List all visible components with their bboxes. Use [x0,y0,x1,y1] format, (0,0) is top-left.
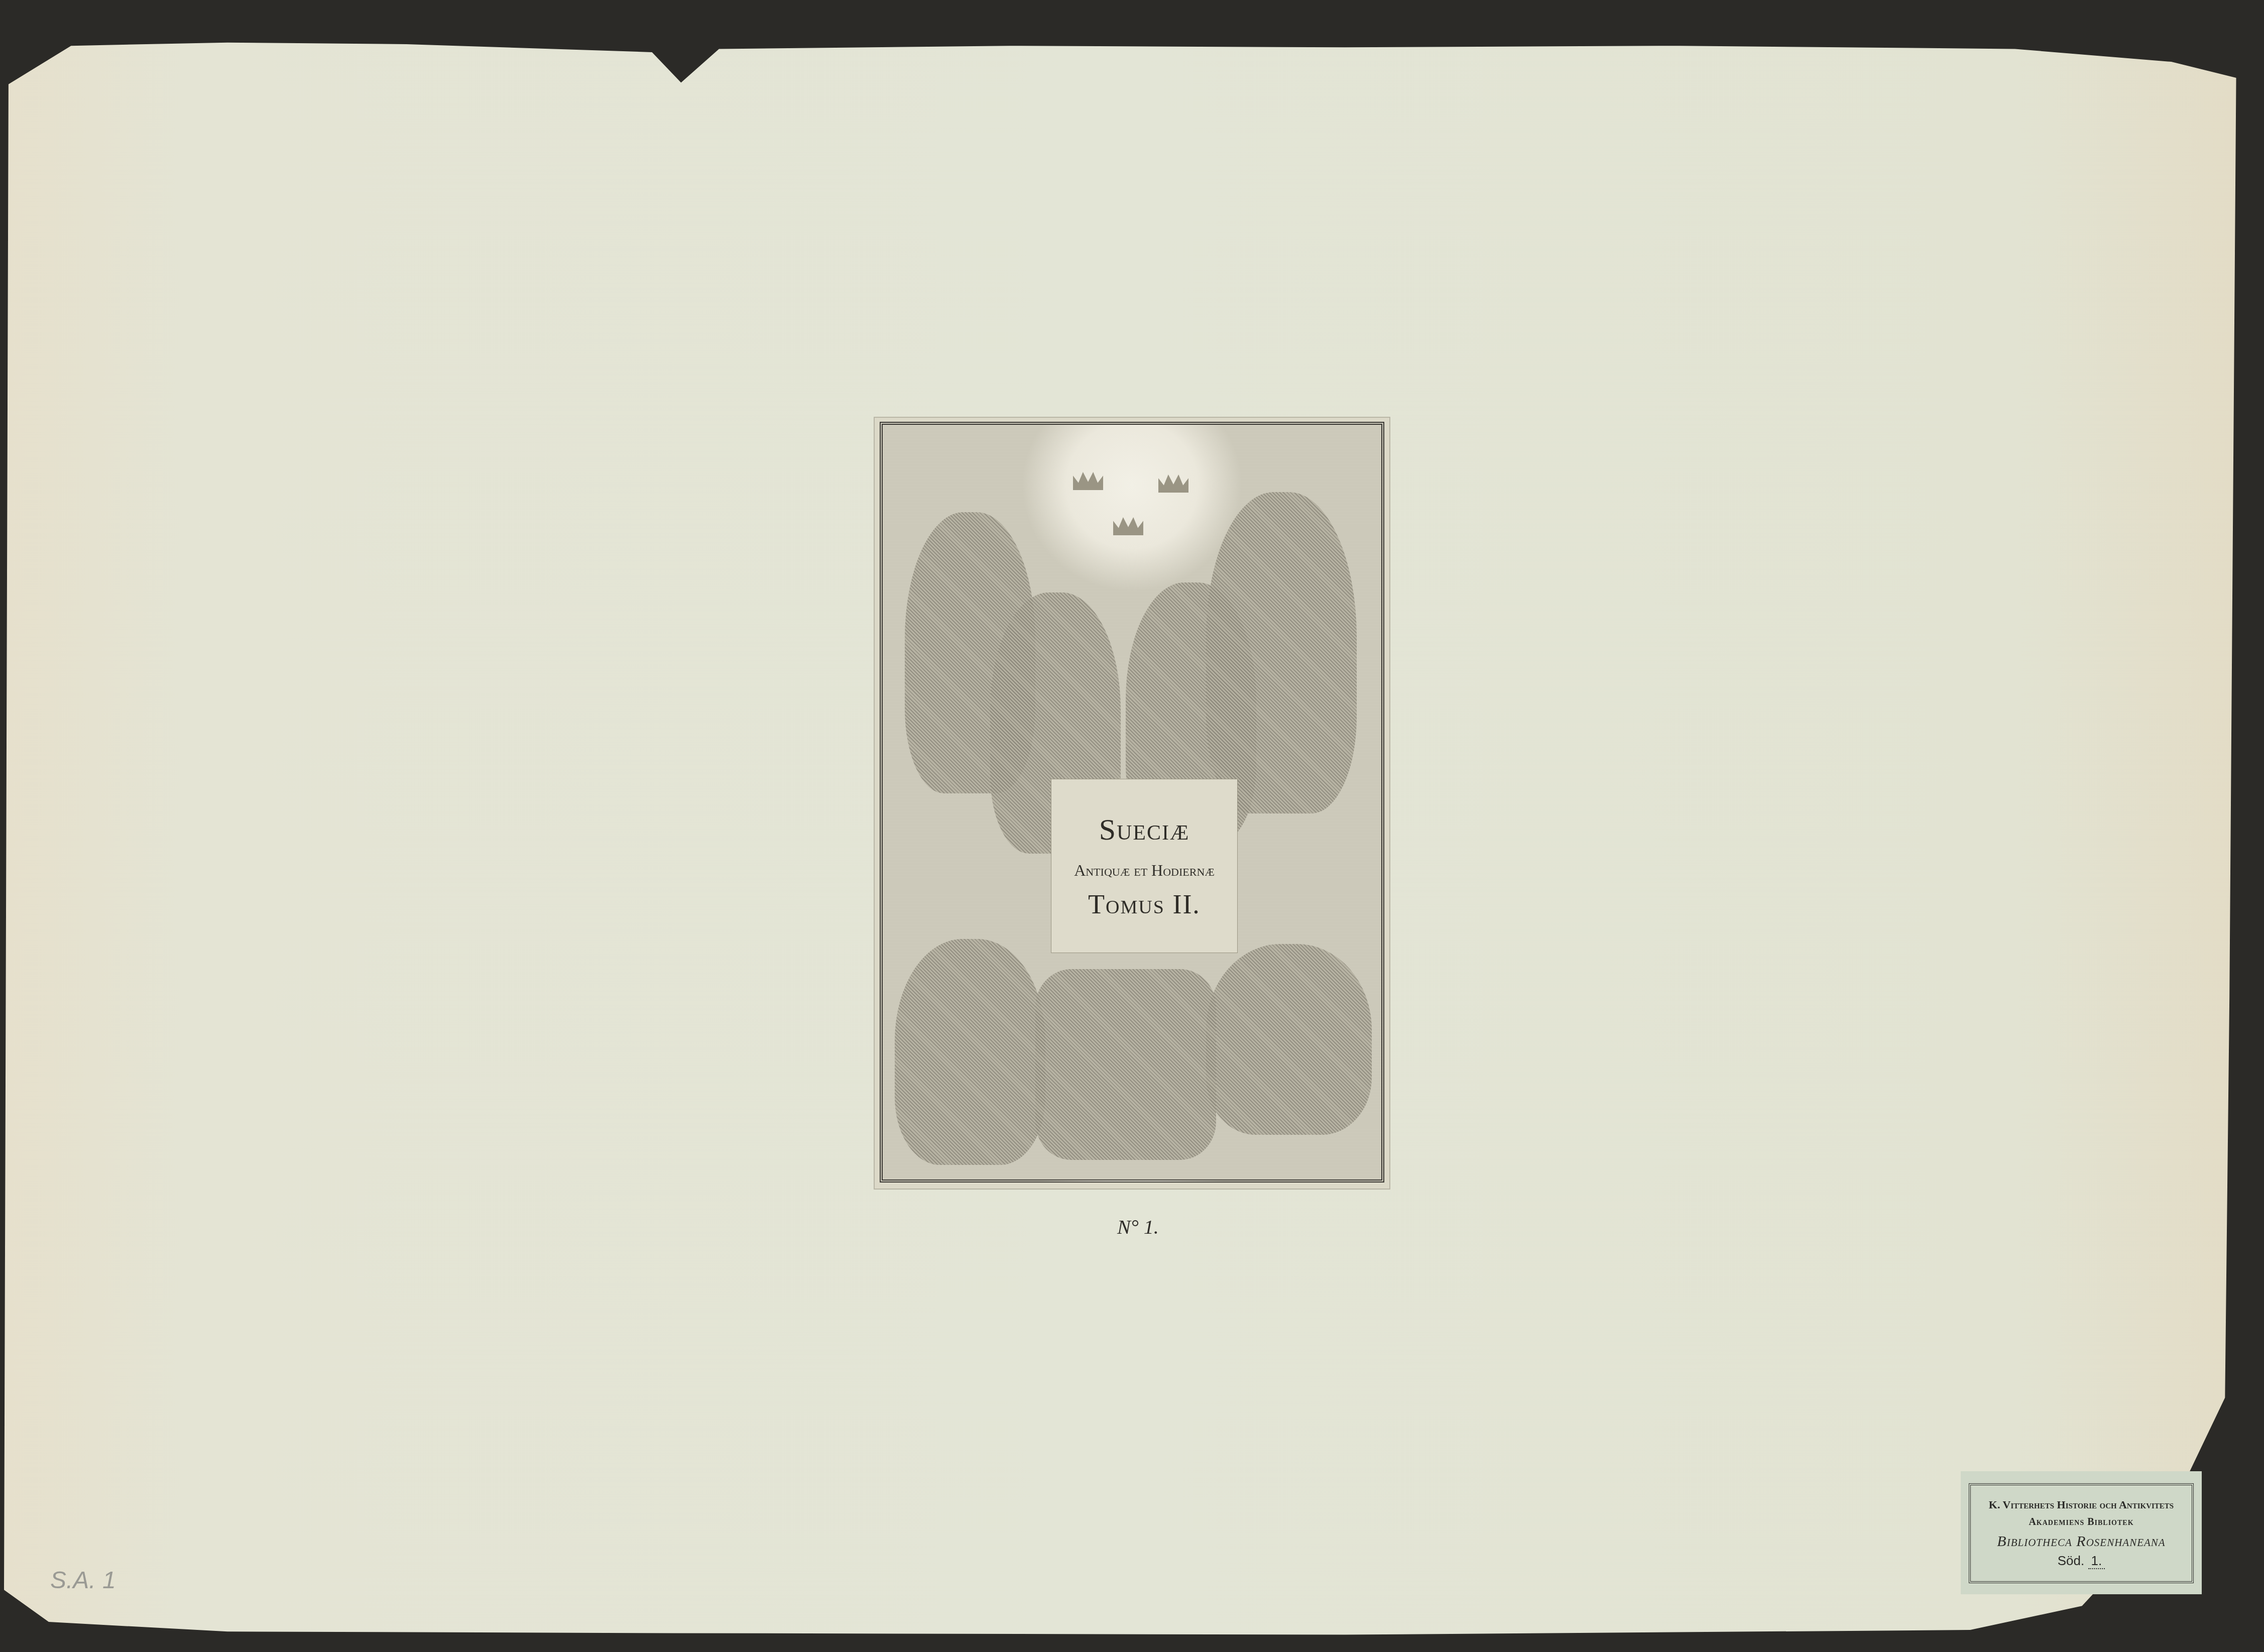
label-line-2: Akademiens Bibliotek [2029,1516,2133,1528]
label-line-3: Bibliotheca Rosenhaneana [1997,1533,2165,1550]
figure-old-man-bottom-left [895,939,1045,1165]
crown-icon [1158,475,1188,493]
crown-icon [1113,517,1143,535]
label-frame: K. Vitterhets Historie och Antikvitets A… [1969,1483,2194,1583]
engraving-border: Sueciæ Antiquæ et Hodiernæ Tomus II. [880,422,1384,1183]
label-line-1: K. Vitterhets Historie och Antikvitets [1989,1498,2174,1511]
title-line-2: Antiquæ et Hodiernæ [1074,861,1215,880]
title-line-3: Tomus II. [1088,889,1201,920]
shelf-number: 1. [2088,1553,2105,1569]
crown-icon [1073,472,1103,490]
engraving-plate: Sueciæ Antiquæ et Hodiernæ Tomus II. [874,417,1390,1190]
plate-number: N° 1. [1117,1215,1159,1239]
title-line-1: Sueciæ [1099,812,1190,847]
figure-reclining-bottom-right [1206,944,1372,1135]
shelf-mark: Söd. 1. [2058,1553,2105,1569]
trophies-of-arms [1035,969,1216,1160]
library-label: K. Vitterhets Historie och Antikvitets A… [1961,1471,2202,1594]
title-panel: Sueciæ Antiquæ et Hodiernæ Tomus II. [1051,779,1238,953]
figure-crowned-right [1206,492,1357,813]
pencil-annotation: S.A. 1 [50,1567,116,1594]
shelf-prefix: Söd. [2058,1553,2085,1568]
